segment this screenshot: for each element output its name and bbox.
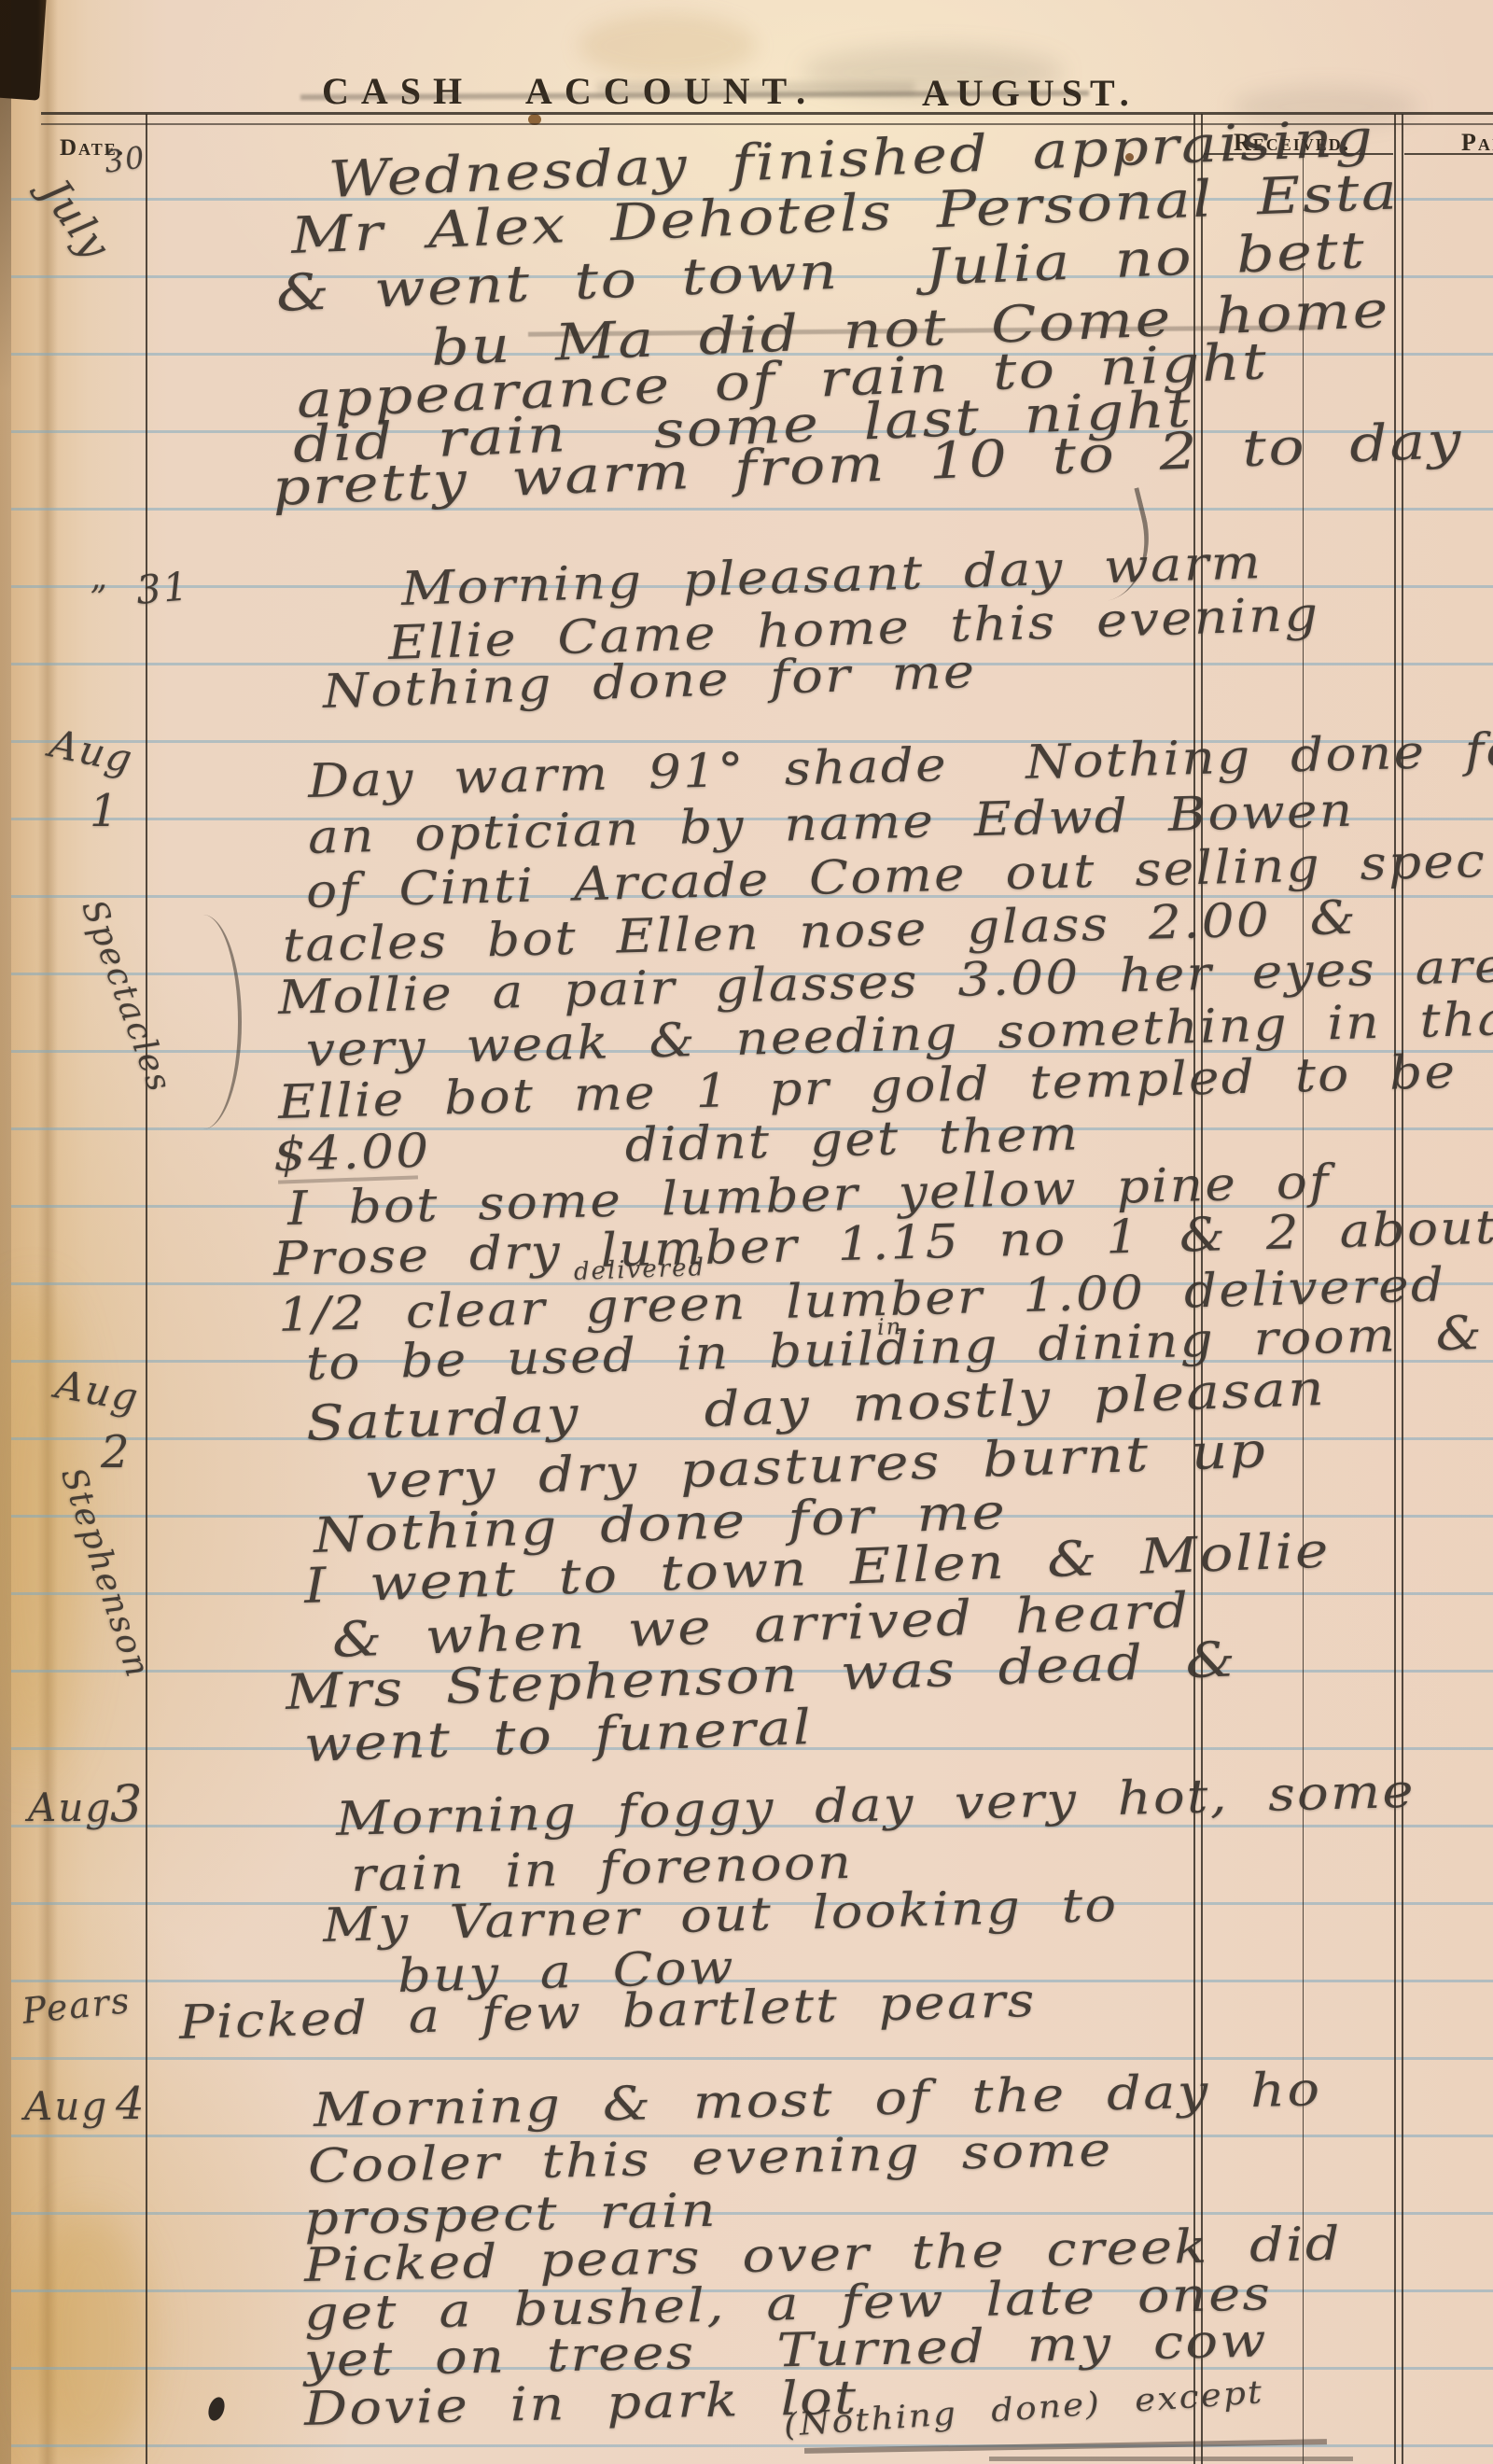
stain	[579, 13, 756, 78]
entry-date-day: 3	[110, 1779, 144, 1829]
header-smudge	[597, 82, 914, 94]
entry-line: Dovie in park lot	[303, 2374, 858, 2432]
page-edge-shade	[0, 0, 11, 2464]
ledger-scan: { "header": { "title": "CASH ACCOUNT.", …	[0, 0, 1493, 2464]
margin-note: Pears	[21, 1982, 133, 2029]
entry-date-day: 30	[103, 142, 148, 177]
entry-date-month: Aug	[28, 1788, 112, 1827]
entry-date-month: Aug	[24, 2087, 108, 2126]
footnote-strike	[989, 2457, 1353, 2461]
entry-date-day: 31	[134, 567, 191, 610]
entry-date-month: ”	[90, 582, 108, 616]
paid-column-header: Paid.	[1461, 131, 1493, 155]
interline-note: in	[877, 1315, 903, 1338]
interline-note: delivered	[574, 1255, 706, 1284]
entry-date-day: 2	[101, 1430, 132, 1475]
entry-date-day: 1	[90, 789, 120, 833]
entry-date-day: 4	[116, 2081, 147, 2126]
